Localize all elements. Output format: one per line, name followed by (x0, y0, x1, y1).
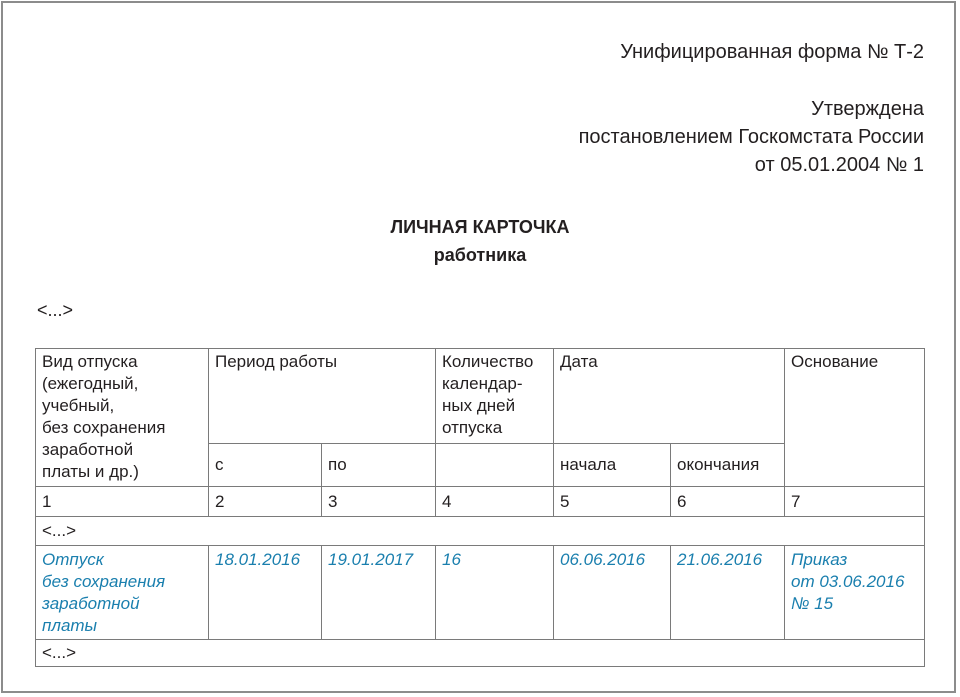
omission-marker-cell: <...> (36, 517, 925, 546)
header-date: Дата (554, 349, 785, 444)
approval-line: от 05.01.2004 № 1 (579, 151, 924, 179)
column-number: 1 (36, 487, 209, 517)
header-basis: Основание (785, 349, 925, 487)
table-row: Отпуск без сохранения заработной платы 1… (36, 546, 925, 640)
header-period-to: по (322, 444, 436, 487)
column-number: 6 (671, 487, 785, 517)
omission-marker: <...> (37, 300, 73, 321)
cell-days: 16 (436, 546, 554, 640)
title-line-1: ЛИЧНАЯ КАРТОЧКА (0, 213, 960, 241)
header-date-end: окончания (671, 444, 785, 487)
form-code: Унифицированная форма № Т-2 (620, 38, 924, 66)
title-line-2: работника (0, 241, 960, 269)
cell-end-date: 21.06.2016 (671, 546, 785, 640)
approval-block: Утверждена постановлением Госкомстата Ро… (579, 95, 924, 179)
leave-table: Вид отпуска (ежегодный, учебный, без сох… (35, 348, 925, 667)
header-days-count: Количество календар- ных дней отпуска (436, 349, 554, 444)
cell-basis: Приказ от 03.06.2016 № 15 (785, 546, 925, 640)
header-period-from: с (209, 444, 322, 487)
column-number: 2 (209, 487, 322, 517)
approval-line: постановлением Госкомстата России (579, 123, 924, 151)
header-days-empty (436, 444, 554, 487)
document-title: ЛИЧНАЯ КАРТОЧКА работника (0, 213, 960, 269)
column-number: 5 (554, 487, 671, 517)
column-number: 7 (785, 487, 925, 517)
header-date-start: начала (554, 444, 671, 487)
approval-line: Утверждена (579, 95, 924, 123)
cell-period-from: 18.01.2016 (209, 546, 322, 640)
column-number: 4 (436, 487, 554, 517)
cell-period-to: 19.01.2017 (322, 546, 436, 640)
omitted-rows-after: <...> (36, 640, 925, 667)
omitted-rows-before: <...> (36, 517, 925, 546)
header-work-period: Период работы (209, 349, 436, 444)
column-numbers-row: 1 2 3 4 5 6 7 (36, 487, 925, 517)
cell-start-date: 06.06.2016 (554, 546, 671, 640)
header-leave-type: Вид отпуска (ежегодный, учебный, без сох… (36, 349, 209, 487)
cell-leave-type: Отпуск без сохранения заработной платы (36, 546, 209, 640)
column-number: 3 (322, 487, 436, 517)
header-row: Вид отпуска (ежегодный, учебный, без сох… (36, 349, 925, 444)
omission-marker-cell: <...> (36, 640, 925, 667)
